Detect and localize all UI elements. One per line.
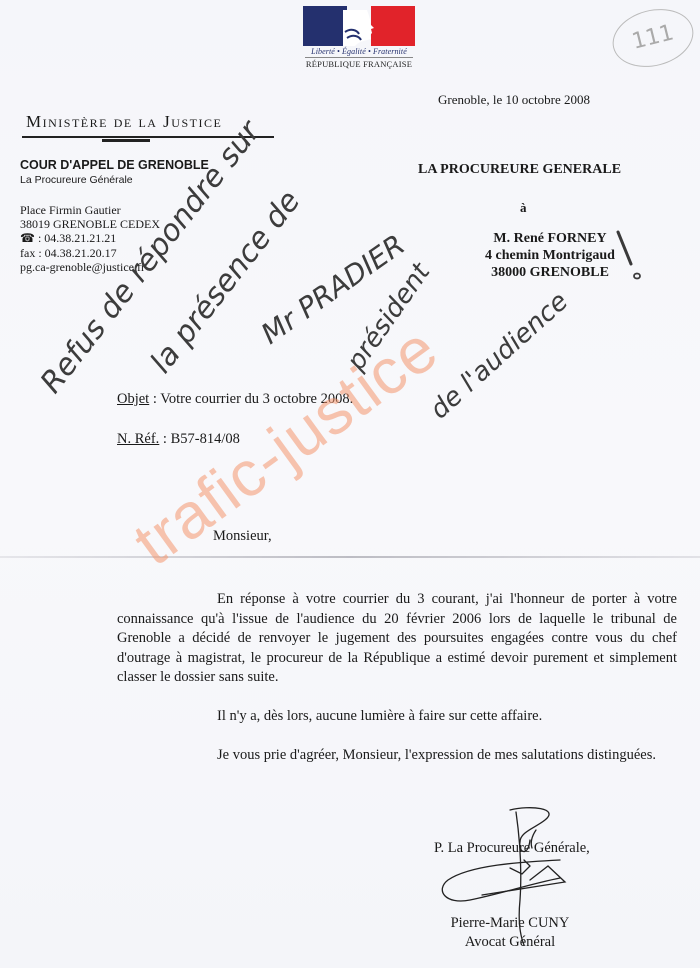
handwritten-number-stamp: 111 xyxy=(606,1,699,75)
reference-label: N. Réf. xyxy=(117,431,159,447)
annotation-line-5: de l'audience xyxy=(425,286,574,425)
address-line: 38019 GRENOBLE CEDEX xyxy=(20,217,160,231)
signatory-title: Avocat Général xyxy=(440,933,580,952)
ministry-rule xyxy=(22,136,274,138)
body-paragraph: Il n'y a, dès lors, aucune lumière à fai… xyxy=(117,707,677,727)
sender-title: LA PROCUREURE GENERALE xyxy=(418,162,621,178)
paper-fold-line xyxy=(0,556,700,558)
marianne-logo: Liberté • Égalité • Fraternité RÉPUBLIQU… xyxy=(300,6,418,69)
sender-address: Place Firmin Gautier 38019 GRENOBLE CEDE… xyxy=(20,203,160,274)
signatory-name: Pierre-Marie CUNY xyxy=(440,914,580,933)
handwriting-layer: Refus de répondre sur la présence de Mr … xyxy=(0,0,700,968)
recipient-street: 4 chemin Montrigaud xyxy=(440,247,660,264)
flag-blue-block xyxy=(303,6,347,46)
address-line: Place Firmin Gautier xyxy=(20,203,160,217)
court-subtitle: La Procureure Générale xyxy=(20,174,133,186)
recipient-block: M. René FORNEY 4 chemin Montrigaud 38000… xyxy=(440,230,660,281)
annotation-line-2: la présence de xyxy=(144,184,308,380)
republic-motto: Liberté • Égalité • Fraternité xyxy=(300,47,418,56)
logo-divider xyxy=(305,57,413,58)
email-line: pg.ca-grenoble@justice.fr xyxy=(20,260,160,274)
recipient-city: 38000 GRENOBLE xyxy=(440,264,660,281)
marianne-profile-icon xyxy=(343,10,377,46)
letter-page: Liberté • Égalité • Fraternité RÉPUBLIQU… xyxy=(0,0,700,968)
flag-red-block xyxy=(371,6,415,46)
body-paragraph: En réponse à votre courrier du 3 courant… xyxy=(117,590,677,688)
signatory: Pierre-Marie CUNY Avocat Général xyxy=(440,914,580,952)
fax-line: fax : 04.38.21.20.17 xyxy=(20,246,160,260)
republic-name: RÉPUBLIQUE FRANÇAISE xyxy=(300,59,418,69)
signature-for: P. La Procureure Générale, xyxy=(434,840,590,857)
court-name: COUR D'APPEL DE GRENOBLE xyxy=(20,158,209,172)
letter-body: En réponse à votre courrier du 3 courant… xyxy=(117,590,677,784)
letter-date: Grenoble, le 10 octobre 2008 xyxy=(438,92,590,108)
ministry-rule-accent xyxy=(102,139,150,142)
subject-label: Objet xyxy=(117,391,149,407)
to-word: à xyxy=(520,200,527,216)
phone-line: ☎ : 04.38.21.21.21 xyxy=(20,231,160,245)
recipient-name: M. René FORNEY xyxy=(440,230,660,247)
body-paragraph: Je vous prie d'agréer, Monsieur, l'expre… xyxy=(117,746,677,766)
ministry-title: Ministère de la Justice xyxy=(26,112,222,132)
